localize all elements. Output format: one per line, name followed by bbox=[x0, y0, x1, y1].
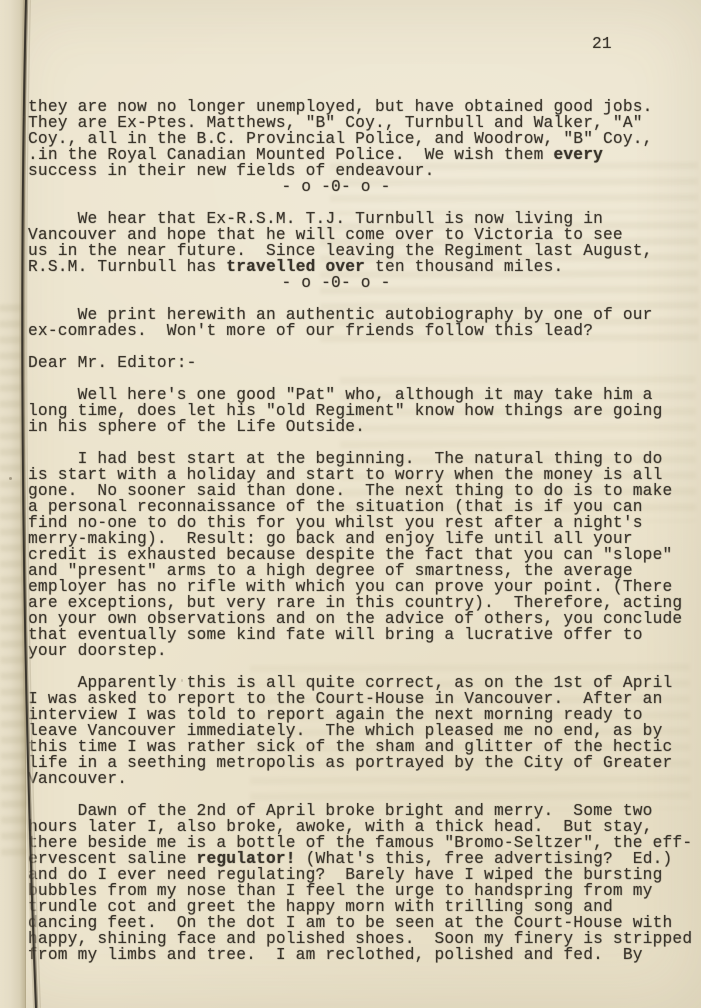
salutation: Dear Mr. Editor:- bbox=[28, 355, 688, 371]
paragraph-text: Apparently this is all quite correct, as… bbox=[28, 674, 672, 788]
paragraph-text: We print herewith an authentic autobiogr… bbox=[28, 306, 653, 340]
scanned-typewritten-page: 21 they are now no longer unemployed, bu… bbox=[0, 0, 701, 1008]
paragraph-text: (What's this, free advertising? Ed.) and… bbox=[28, 850, 692, 964]
paragraph-court-house: Apparently this is all quite correct, as… bbox=[28, 675, 688, 787]
paragraph-autobiography-intro: We print herewith an authentic autobiogr… bbox=[28, 307, 688, 339]
letter-body: they are now no longer unemployed, but h… bbox=[28, 99, 688, 963]
paragraph-text: I had best start at the beginning. The n… bbox=[28, 450, 682, 660]
paragraph-dawn: Dawn of the 2nd of April broke bright an… bbox=[28, 803, 688, 963]
section-divider: - o -0- o - bbox=[6, 179, 666, 195]
paragraph-jobs: they are now no longer unemployed, but h… bbox=[28, 99, 688, 179]
section-divider: - o -0- o - bbox=[6, 275, 666, 291]
page-number: 21 bbox=[592, 35, 612, 53]
paragraph-beginning: I had best start at the beginning. The n… bbox=[28, 451, 688, 659]
emphasized-text: every bbox=[553, 146, 603, 164]
paragraph-text: Dear Mr. Editor:- bbox=[28, 354, 197, 372]
paragraph-turnbull: We hear that Ex-R.S.M. T.J. Turnbull is … bbox=[28, 211, 688, 275]
paragraph-text: Well here's one good "Pat" who, although… bbox=[28, 386, 663, 436]
paragraph-text: ten thousand miles. bbox=[365, 258, 563, 276]
page-edge bbox=[0, 0, 26, 1008]
paragraph-pat: Well here's one good "Pat" who, although… bbox=[28, 387, 688, 435]
